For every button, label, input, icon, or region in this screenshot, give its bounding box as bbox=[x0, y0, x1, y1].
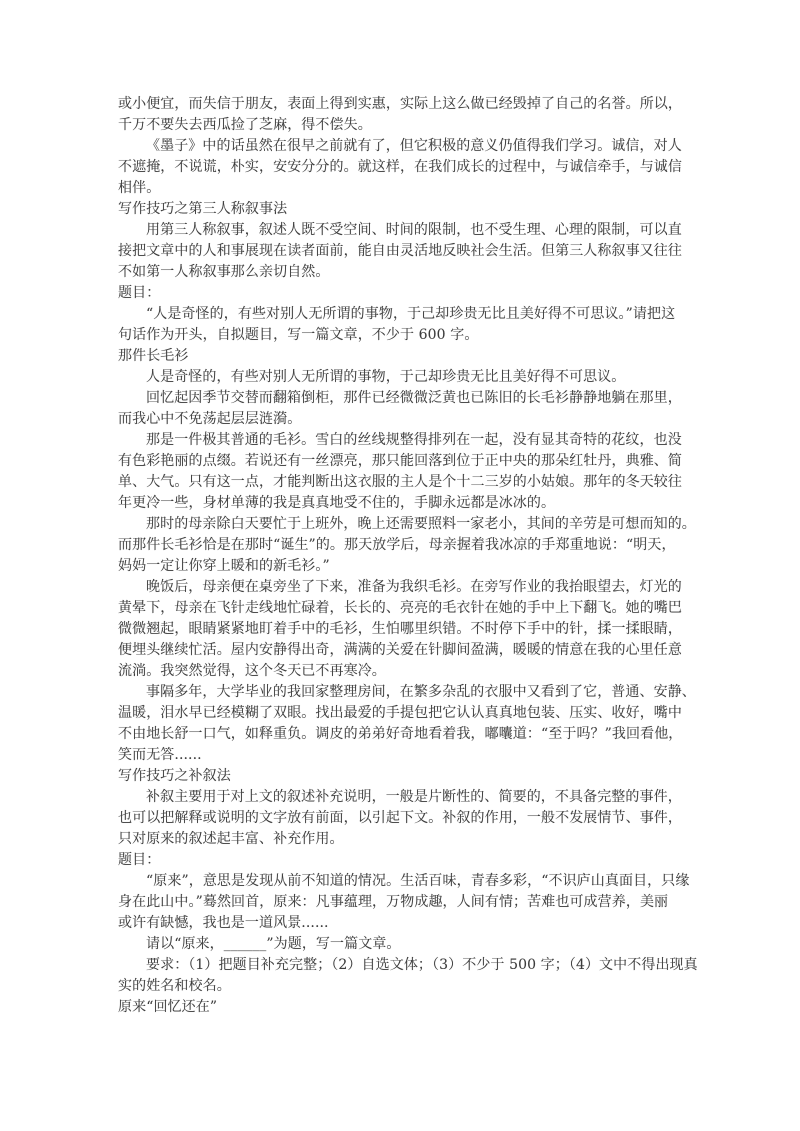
text-line: 身在此山中。”蓦然回首，原来：凡事蕴理，万物成趣，人间有情；苦难也可成营养，美丽 bbox=[118, 892, 684, 913]
heading-line: 那件长毛衫 bbox=[118, 346, 684, 367]
text-line: 只对原来的叙述起丰富、补充作用。 bbox=[118, 829, 684, 850]
text-line: 妈妈一定让你穿上暖和的新毛衫。” bbox=[118, 556, 684, 577]
text-line: 或许有缺憾，我也是一道风景...... bbox=[118, 913, 684, 934]
text-line: 黄晕下，母亲在飞针走线地忙碌着，长长的、亮亮的毛衣针在她的手中上下翻飞。她的嘴巴 bbox=[118, 598, 684, 619]
text-line: 相伴。 bbox=[118, 178, 684, 199]
text-line: 温暖，泪水早已经模糊了双眼。找出最爱的手提包把它认认真真地包装、压实、收好，嘴中 bbox=[118, 703, 684, 724]
text-line: 要求：（1）把题目补充完整；（2）自选文体；（3）不少于 500 字；（4）文中… bbox=[118, 955, 684, 976]
text-block: 或小便宜，而失信于朋友，表面上得到实惠，实际上这么做已经毁掉了自己的名誉。所以，… bbox=[118, 94, 684, 1018]
heading-line: 原来“回忆还在” bbox=[118, 997, 684, 1018]
text-line: 年更冷一些，身材单薄的我是真真地受不住的，手脚永远都是冰冰的。 bbox=[118, 493, 684, 514]
document-page: 或小便宜，而失信于朋友，表面上得到实惠，实际上这么做已经毁掉了自己的名誉。所以，… bbox=[0, 0, 800, 1131]
text-line: 补叙主要用于对上文的叙述补充说明，一般是片断性的、简要的，不具备完整的事件， bbox=[118, 787, 684, 808]
text-line: 流淌。我突然觉得，这个冬天已不再寒冷。 bbox=[118, 661, 684, 682]
text-line: 《墨子》中的话虽然在很早之前就有了，但它积极的意义仍值得我们学习。诚信，对人 bbox=[118, 136, 684, 157]
text-line: 用第三人称叙事，叙述人既不受空间、时间的限制，也不受生理、心理的限制，可以直 bbox=[118, 220, 684, 241]
text-line: 而那件长毛衫恰是在那时“诞生”的。那天放学后，母亲握着我冰凉的手郑重地说：“明天… bbox=[118, 535, 684, 556]
text-line: 而我心中不免荡起层层涟漪。 bbox=[118, 409, 684, 430]
text-line: 事隔多年，大学毕业的我回家整理房间，在繁多杂乱的衣服中又看到了它，普通、安静、 bbox=[118, 682, 684, 703]
text-line: 接把文章中的人和事展现在读者面前，能自由灵活地反映社会生活。但第三人称叙事又往往 bbox=[118, 241, 684, 262]
heading-line: 题目： bbox=[118, 283, 684, 304]
text-line: 那时的母亲除白天要忙于上班外，晚上还需要照料一家老小，其间的辛劳是可想而知的。 bbox=[118, 514, 684, 535]
text-line: 晚饭后，母亲便在桌旁坐了下来，准备为我织毛衫。在旁写作业的我抬眼望去，灯光的 bbox=[118, 577, 684, 598]
heading-line: 写作技巧之补叙法 bbox=[118, 766, 684, 787]
text-line: 不由地长舒一口气，如释重负。调皮的弟弟好奇地看着我，嘟囔道：“至于吗？”我回看他… bbox=[118, 724, 684, 745]
text-line: 人是奇怪的，有些对别人无所谓的事物，于己却珍贵无比且美好得不可思议。 bbox=[118, 367, 684, 388]
text-line: 微微翘起，眼睛紧紧地盯着手中的毛衫，生怕哪里织错。不时停下手中的针，揉一揉眼睛， bbox=[118, 619, 684, 640]
text-line: 便埋头继续忙活。屋内安静得出奇，满满的关爱在针脚间盈满，暖暖的情意在我的心里任意 bbox=[118, 640, 684, 661]
text-line: 句话作为开头，自拟题目，写一篇文章，不少于 600 字。 bbox=[118, 325, 684, 346]
text-line: “人是奇怪的，有些对别人无所谓的事物，于己却珍贵无比且美好得不可思议。”请把这 bbox=[118, 304, 684, 325]
text-line: 那是一件极其普通的毛衫。雪白的丝线规整得排列在一起，没有显其奇特的花纹，也没 bbox=[118, 430, 684, 451]
text-line: 不遮掩，不说谎，朴实，安安分分的。就这样，在我们成长的过程中，与诚信牵手，与诚信 bbox=[118, 157, 684, 178]
text-line: 单、大气。只有这一点，才能判断出这衣服的主人是个十二三岁的小姑娘。那年的冬天较往 bbox=[118, 472, 684, 493]
text-line: 不如第一人称叙事那么亲切自然。 bbox=[118, 262, 684, 283]
text-line: 请以“原来，______”为题，写一篇文章。 bbox=[118, 934, 684, 955]
text-line: 笑而无答...... bbox=[118, 745, 684, 766]
text-line: 也可以把解释或说明的文字放有前面，以引起下文。补叙的作用，一般不发展情节、事件， bbox=[118, 808, 684, 829]
text-line: 千万不要失去西瓜捡了芝麻，得不偿失。 bbox=[118, 115, 684, 136]
text-line: “原来”，意思是发现从前不知道的情况。生活百味，青春多彩，“不识庐山真面目，只缘 bbox=[118, 871, 684, 892]
text-line: 回忆起因季节交替而翻箱倒柜，那件已经微微泛黄也已陈旧的长毛衫静静地躺在那里， bbox=[118, 388, 684, 409]
heading-line: 写作技巧之第三人称叙事法 bbox=[118, 199, 684, 220]
text-line: 实的姓名和校名。 bbox=[118, 976, 684, 997]
text-line: 有色彩艳丽的点缀。若说还有一丝漂亮，那只能回落到位于正中央的那朵红牡丹，典雅、简 bbox=[118, 451, 684, 472]
heading-line: 题目： bbox=[118, 850, 684, 871]
text-line: 或小便宜，而失信于朋友，表面上得到实惠，实际上这么做已经毁掉了自己的名誉。所以， bbox=[118, 94, 684, 115]
